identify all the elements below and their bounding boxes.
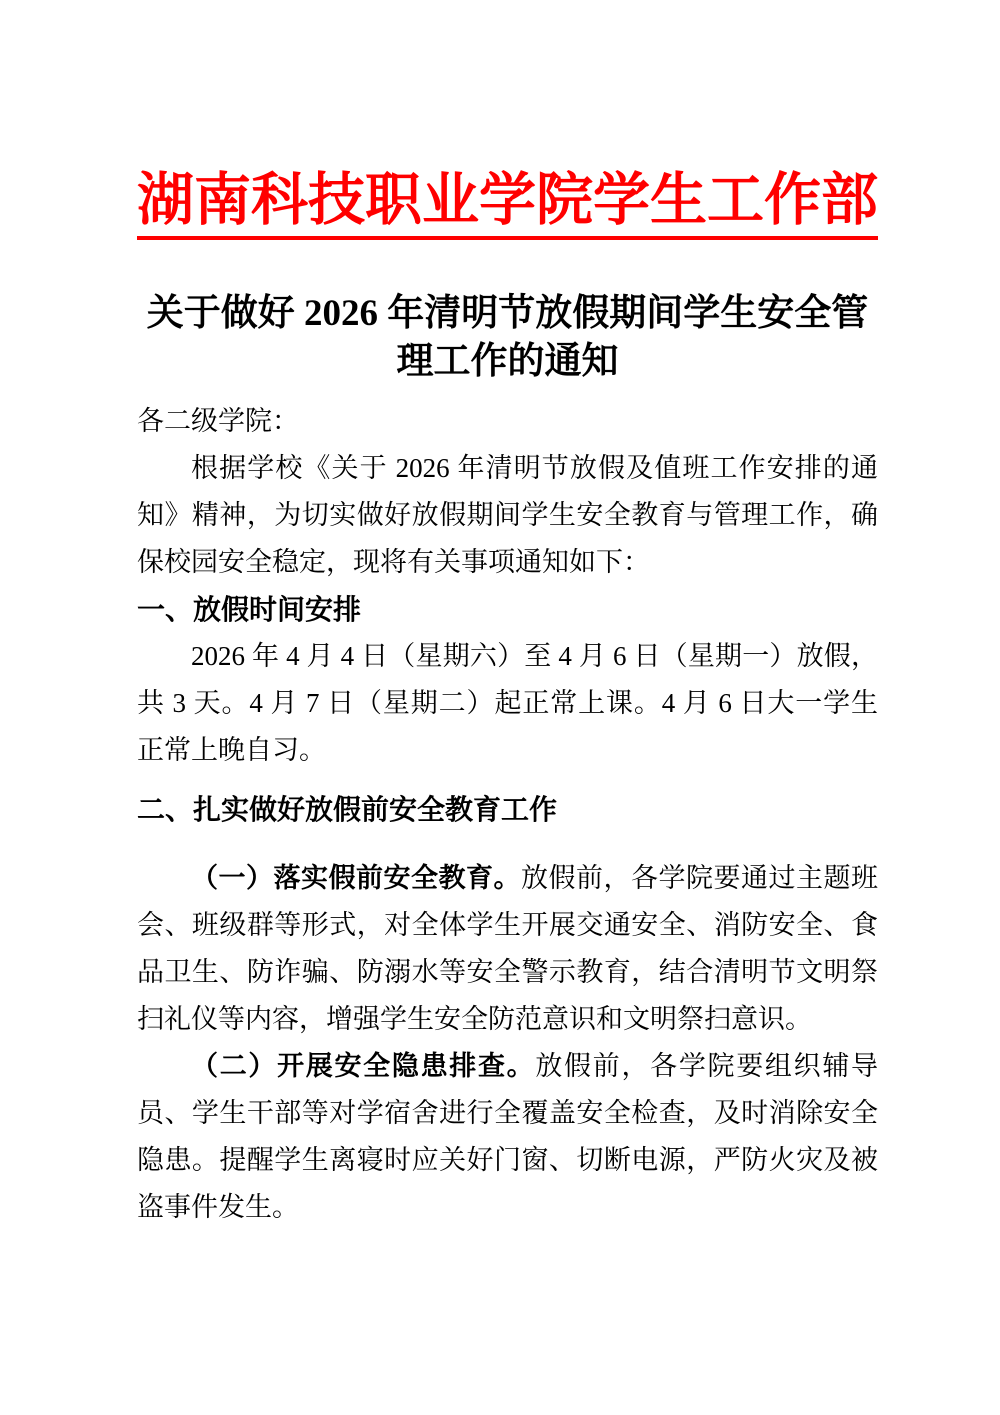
section2-item2-lead: （二）开展安全隐患排查。 [191, 1051, 535, 1081]
section2-item1-lead: （一）落实假前安全教育。 [191, 863, 521, 893]
document-title: 关于做好 2026 年清明节放假期间学生安全管 理工作的通知 [137, 290, 878, 386]
section2-heading: 二、扎实做好放假前安全教育工作 [137, 786, 878, 833]
section1-paragraph: 2026 年 4 月 4 日（星期六）至 4 月 6 日（星期一）放假，共 3 … [137, 633, 878, 774]
section2-item1-paragraph: （一）落实假前安全教育。放假前，各学院要通过主题班会、班级群等形式，对全体学生开… [137, 855, 878, 1043]
section2-item2-paragraph: （二）开展安全隐患排查。放假前，各学院要组织辅导员、学生干部等对学宿舍进行全覆盖… [137, 1043, 878, 1231]
section1-heading: 一、放假时间安排 [137, 586, 878, 633]
department-banner: 湖南科技职业学院学生工作部 [137, 170, 878, 240]
intro-paragraph: 根据学校《关于 2026 年清明节放假及值班工作安排的通知》精神，为切实做好放假… [137, 445, 878, 586]
document-title-line2: 理工作的通知 [137, 338, 878, 386]
notice-document: 湖南科技职业学院学生工作部 关于做好 2026 年清明节放假期间学生安全管 理工… [0, 0, 1000, 1415]
document-title-line1: 关于做好 2026 年清明节放假期间学生安全管 [137, 290, 878, 338]
salutation: 各二级学院： [137, 398, 878, 445]
document-body: 各二级学院： 根据学校《关于 2026 年清明节放假及值班工作安排的通知》精神，… [137, 398, 878, 1231]
